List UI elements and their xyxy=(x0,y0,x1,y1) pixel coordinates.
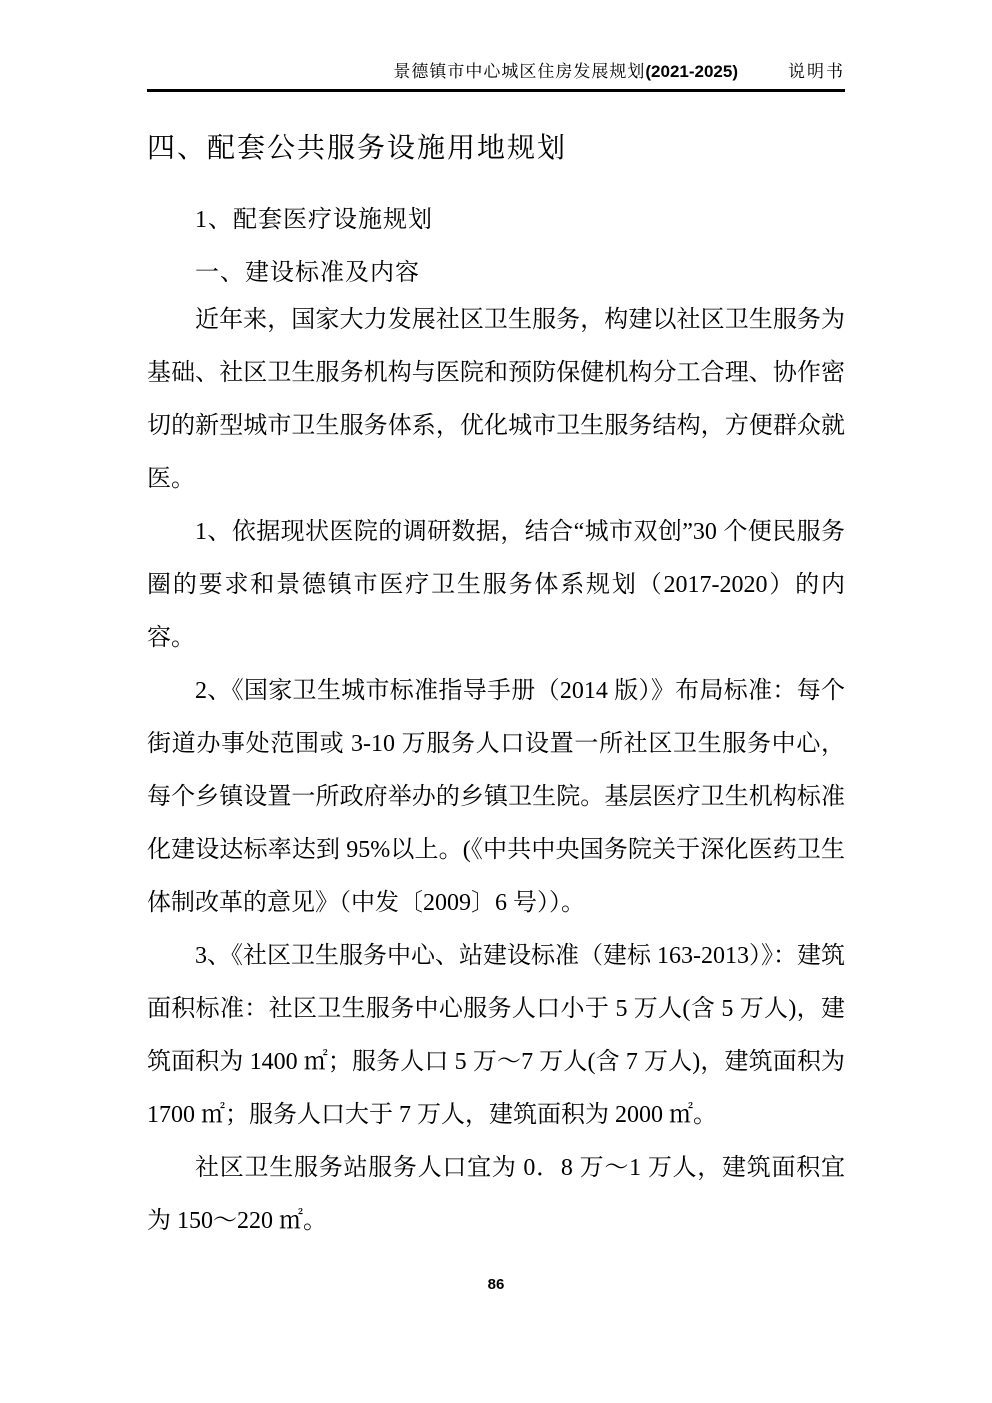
document-page: 景德镇市中心城区住房发展规划(2021-2025)说明书 四、配套公共服务设施用… xyxy=(0,0,992,1403)
paragraph-basis-1: 1、依据现状医院的调研数据，结合“城市双创”30 个便民服务圈的要求和景德镇市医… xyxy=(147,506,845,665)
page-footer: 86 xyxy=(0,1276,992,1293)
subsection-heading-construction-standards: 一、建设标准及内容 xyxy=(147,252,845,287)
subsection-heading-medical-facilities: 1、配套医疗设施规划 xyxy=(147,199,845,234)
paragraph-basis-2: 2、《国家卫生城市标准指导手册（2014 版）》布局标准：每个街道办事处范围或 … xyxy=(147,665,845,930)
paragraph-basis-3: 3、《社区卫生服务中心、站建设标准（建标 163-2013）》：建筑面积标准：社… xyxy=(147,930,845,1142)
paragraph-service-station: 社区卫生服务站服务人口宜为 0．8 万～1 万人，建筑面积宜为 150～220 … xyxy=(147,1142,845,1248)
document-body: 近年来，国家大力发展社区卫生服务，构建以社区卫生服务为基础、社区卫生服务机构与医… xyxy=(147,294,845,1248)
paragraph-intro: 近年来，国家大力发展社区卫生服务，构建以社区卫生服务为基础、社区卫生服务机构与医… xyxy=(147,294,845,506)
header-document-title: 景德镇市中心城区住房发展规划 xyxy=(393,62,645,81)
header-doc-type: 说明书 xyxy=(788,62,845,81)
header-plan-years: (2021-2025) xyxy=(645,62,738,81)
page-header: 景德镇市中心城区住房发展规划(2021-2025)说明书 xyxy=(147,60,845,92)
page-number: 86 xyxy=(488,1276,505,1293)
section-heading: 四、配套公共服务设施用地规划 xyxy=(147,126,845,166)
